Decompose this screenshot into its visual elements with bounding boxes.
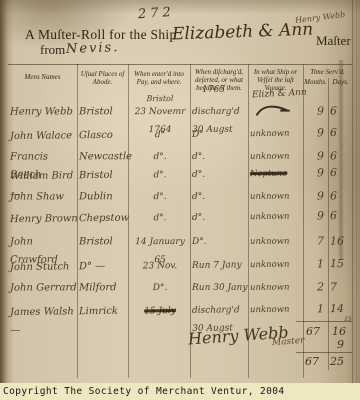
- table-row: John Walace Glasco d° D° unknown 9 6: [0, 124, 360, 148]
- crew-days-served: 15: [330, 255, 350, 273]
- crew-months-served: 9: [298, 187, 324, 205]
- table-row: Henry Webb Bristol Bristol 23 Novemr 176…: [0, 102, 360, 123]
- crew-abode: Newcastle: [79, 148, 129, 166]
- crew-discharged: D°: [192, 125, 252, 144]
- crew-last-ship: Neptune: [250, 165, 302, 184]
- crew-name: James Walsh —: [10, 303, 78, 340]
- col-header-abode: Uſual Places of Abode.: [77, 70, 128, 86]
- crew-discharged: d°.: [192, 165, 252, 184]
- crew-discharged: D°.: [192, 233, 252, 251]
- crew-last-ship: unknown: [250, 256, 302, 275]
- crew-months-served: 9: [298, 164, 324, 182]
- grand-total-months: 67: [305, 355, 319, 368]
- totals-rule: [296, 321, 352, 322]
- crew-days-served: 7: [330, 278, 350, 296]
- col-header-days: Days.: [329, 78, 352, 86]
- crew-last-ship: unknown: [250, 301, 302, 320]
- table-row: William Bird — Bristol d°. d°. Neptune 9…: [0, 164, 360, 188]
- copyright-text: Copyright The Society of Merchant Ventur…: [3, 386, 285, 397]
- crew-days-served: 6: [330, 124, 350, 142]
- crew-name: Henry Brown: [10, 210, 78, 229]
- ship-name-handwritten: Elizabeth & Ann: [172, 20, 314, 45]
- crew-discharged: Run 7 Jany: [192, 256, 252, 275]
- crew-months-served: 1: [298, 255, 324, 273]
- crew-discharged: d°.: [192, 188, 252, 206]
- crew-discharged: d°.: [192, 208, 252, 227]
- crew-abode: Bristol: [79, 103, 129, 121]
- crew-abode: Chepstow: [79, 210, 129, 229]
- master-label: Maſter: [316, 33, 351, 49]
- crew-entered-date: d°.: [130, 166, 190, 185]
- crew-abode: Bristol: [79, 233, 129, 251]
- crew-days-served: 6: [330, 207, 350, 225]
- table-row: John Stutch D° — 23 Nov. Run 7 Jany unkn…: [0, 255, 360, 279]
- screenshot-root: 272 Henry Webb A Muſter-Roll for the Shi…: [0, 0, 360, 400]
- crew-abode: Milford: [79, 279, 129, 297]
- crew-entered-date: d°.: [130, 209, 190, 228]
- ship-note: Elizh & Ann: [252, 88, 307, 101]
- from-port: Nevis.: [66, 40, 120, 57]
- master-signature-title: Master: [272, 336, 305, 348]
- crew-days-served: 6: [330, 147, 350, 165]
- crew-days-served: 6: [330, 102, 350, 120]
- crew-entered-date: 23 Nov.: [130, 257, 190, 276]
- crew-abode: Dublin: [79, 188, 129, 206]
- crew-entered-date: d°.: [130, 148, 190, 166]
- crew-name: John Gerrard: [10, 279, 78, 297]
- crew-days-served: 6: [330, 187, 350, 205]
- crew-last-ship: unknown: [250, 148, 302, 166]
- crew-last-ship: unknown: [250, 279, 302, 297]
- table-row: John Shaw Dublin d°. d°. unknown 9 6: [0, 187, 360, 208]
- crew-entered-date: d°: [130, 126, 190, 145]
- col-header-entered: When enter'd into Pay, and where.: [128, 70, 190, 86]
- crew-abode: Limrick: [79, 303, 129, 322]
- crew-name: John Stutch: [10, 258, 78, 277]
- crew-entered-date: d°.: [130, 188, 190, 206]
- muster-roll-document: 272 Henry Webb A Muſter-Roll for the Shi…: [0, 0, 360, 383]
- col-header-time-served: Time Serv'd.: [303, 68, 352, 76]
- crew-months-served: 7: [298, 232, 324, 250]
- crew-days-served: 6: [330, 164, 350, 182]
- flourish-mark: [255, 103, 291, 119]
- page-number: 272: [138, 5, 176, 23]
- crew-entered-date: 15 July: [130, 302, 190, 321]
- crew-last-ship: unknown: [250, 233, 302, 251]
- table-top-rule: [8, 64, 352, 65]
- crew-discharged: d°.: [192, 148, 252, 166]
- total-months: 67: [306, 325, 320, 338]
- copyright-bar: Copyright The Society of Merchant Ventur…: [0, 383, 360, 400]
- total-extra-days: 9: [337, 338, 344, 351]
- col-header-names: Mens Names: [8, 73, 77, 81]
- total-days: 16: [332, 325, 346, 338]
- table-row: John Crawford Bristol 14 January 65 D°. …: [0, 232, 360, 253]
- crew-last-ship: unknown: [250, 188, 302, 206]
- from-label: from: [40, 42, 65, 58]
- crew-abode: Glasco: [79, 127, 129, 146]
- grand-total-days: 25: [330, 355, 344, 368]
- crew-abode: Bristol: [79, 167, 129, 186]
- table-row: John Gerrard Milford D°. Run 30 Jany unk…: [0, 278, 360, 299]
- crew-months-served: 9: [298, 102, 324, 120]
- totals-rule: [296, 352, 352, 353]
- crew-abode: D° —: [79, 258, 129, 277]
- crew-last-ship: unknown: [250, 208, 302, 227]
- crew-months-served: 1: [298, 300, 324, 318]
- crew-months-served: 2: [298, 278, 324, 296]
- crew-name: John Shaw: [10, 188, 78, 206]
- year-note: 1765: [202, 85, 225, 95]
- crew-last-ship: unknown: [250, 125, 302, 144]
- crew-months-served: 9: [298, 207, 324, 225]
- crew-discharged: Run 30 Jany: [192, 279, 252, 297]
- crew-name: John Walace: [10, 127, 78, 146]
- col-header-months: Months.: [303, 78, 328, 86]
- crew-months-served: 9: [298, 124, 324, 142]
- crew-entered-date: D°.: [130, 279, 190, 297]
- table-row: Henry Brown Chepstow d°. d°. unknown 9 6: [0, 207, 360, 231]
- crew-name: Henry Webb: [10, 103, 78, 121]
- crew-months-served: 9: [298, 147, 324, 165]
- crew-days-served: 16: [330, 232, 350, 250]
